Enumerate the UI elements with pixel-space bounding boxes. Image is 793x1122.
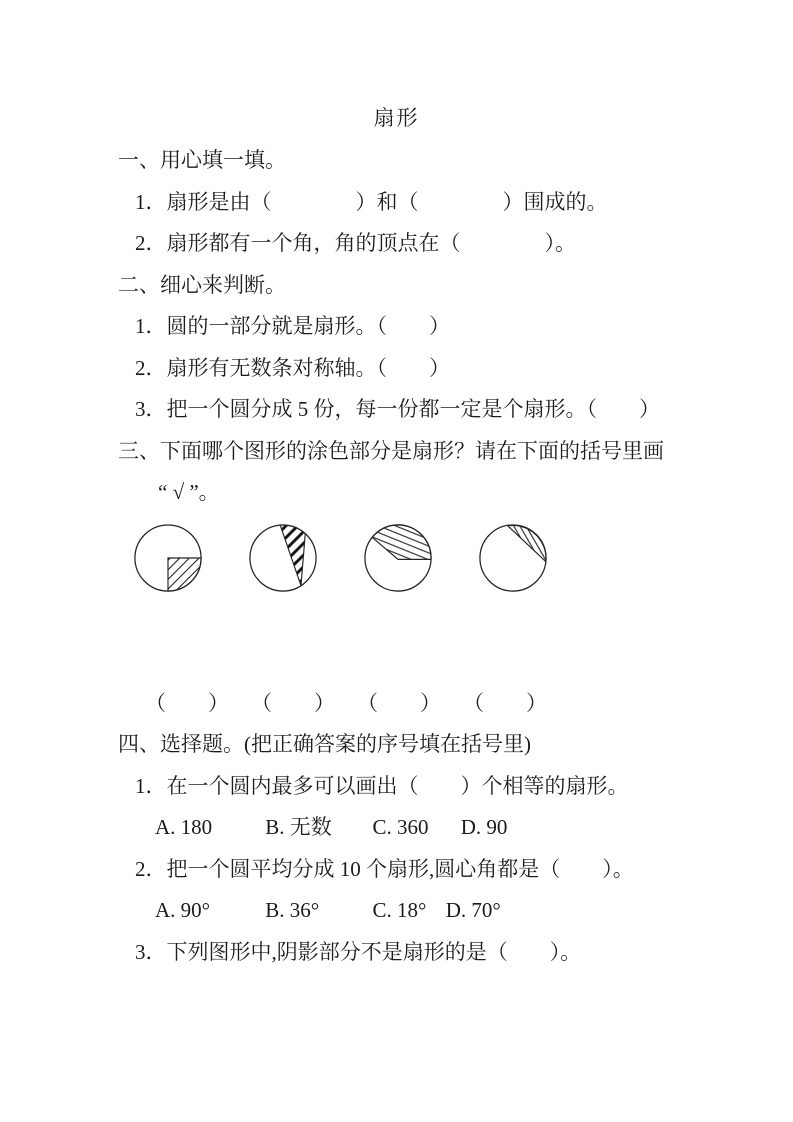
shaded-chord-region (372, 524, 431, 559)
fill-blank-question-1: 1．扇形是由（ ）和（ ）围成的。 (118, 182, 733, 224)
figure-row (133, 523, 733, 593)
worksheet-page: 扇形 一、用心填一填。 1．扇形是由（ ）和（ ）围成的。 2．扇形都有一个角，… (0, 0, 793, 1122)
fill-blank-question-2: 2．扇形都有一个角，角的顶点在（ ）。 (118, 223, 733, 265)
option-c: C. 360 (373, 807, 456, 849)
choice-question-3: 3．下列图形中,阴影部分不是扇形的是（ ）。 (118, 932, 733, 974)
option-a: A. 180 (155, 807, 260, 849)
shaded-wedge (280, 524, 305, 585)
choice-question-2: 2．把一个圆平均分成 10 个扇形,圆心角都是（ ）。 (118, 849, 733, 891)
shaded-quarter-sector (168, 558, 201, 591)
figure-circle-narrow-wedge (248, 523, 318, 593)
answer-bracket-2: （ ） (251, 683, 335, 725)
option-d: D. 90 (461, 807, 508, 849)
judge-question-2: 2．扇形有无数条对称轴。（ ） (118, 348, 733, 390)
option-c: C. 18° (373, 890, 441, 932)
section1-heading: 一、用心填一填。 (118, 140, 733, 182)
answer-bracket-1: （ ） (145, 683, 229, 725)
answer-bracket-4: （ ） (463, 683, 547, 725)
choice-question-1-options: A. 180 B. 无数 C. 360 D. 90 (118, 807, 733, 849)
page-title: 扇形 (0, 96, 793, 140)
choice-question-1: 1．在一个圆内最多可以画出（ ）个相等的扇形。 (118, 766, 733, 808)
figure-circle-quarter-sector (133, 523, 203, 593)
figure-circle-segment (478, 523, 548, 593)
option-b: B. 无数 (265, 807, 367, 849)
shaded-segment (508, 525, 546, 561)
figure-circle-chord-region (363, 523, 433, 593)
option-d: D. 70° (446, 890, 501, 932)
answer-bracket-row: （ ） （ ） （ ） （ ） (118, 683, 733, 725)
section3-heading: 三、下面哪个图形的涂色部分是扇形？请在下面的括号里画 (118, 431, 733, 473)
option-a: A. 90° (155, 890, 260, 932)
judge-question-3: 3．把一个圆分成 5 份，每一份都一定是个扇形。（ ） (118, 389, 733, 431)
option-b: B. 36° (265, 890, 367, 932)
choice-question-2-options: A. 90° B. 36° C. 18° D. 70° (118, 890, 733, 932)
answer-bracket-3: （ ） (357, 683, 441, 725)
section2-heading: 二、细心来判断。 (118, 265, 733, 307)
section4-heading: 四、选择题。(把正确答案的序号填在括号里) (118, 724, 733, 766)
judge-question-1: 1．圆的一部分就是扇形。（ ） (118, 306, 733, 348)
section3-heading-continuation: “ √ ”。 (118, 472, 733, 514)
